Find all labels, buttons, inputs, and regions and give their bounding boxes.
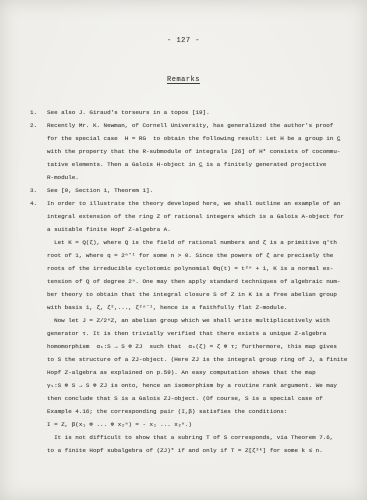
text-line: See [9, Section 1, Theorem 1]. bbox=[47, 184, 353, 197]
text-line: γₛ:S ⊗ S → S ⊗ ZJ is onto, hence an isom… bbox=[47, 379, 353, 392]
remark-item: 1. See also J. Giraud's torseurs in a to… bbox=[30, 106, 353, 119]
text-line: Example 4.16; the corresponding pair (I,… bbox=[47, 405, 353, 418]
item-text: In order to illustrate the theory develo… bbox=[47, 197, 353, 457]
text-line: In order to illustrate the theory develo… bbox=[47, 197, 353, 210]
remark-item: 4. In order to illustrate the theory dev… bbox=[30, 197, 353, 457]
text-line: Now let J = Z/2ⁿZ, an abelian group whic… bbox=[47, 314, 353, 327]
text-line: then conclude that S is a Galois ZJ-obje… bbox=[47, 392, 353, 405]
text-line: to a finite Hopf subalgebra of (ZJ)* if … bbox=[47, 444, 353, 457]
text-line: integral extension of the ring Z of rati… bbox=[47, 210, 353, 223]
remark-item: 2. Recently Mr. K. Newman, of Cornell Un… bbox=[30, 119, 353, 184]
item-number: 2. bbox=[30, 119, 47, 132]
text-line: tension of Q of degree 2ⁿ. One may then … bbox=[47, 275, 353, 288]
item-number: 3. bbox=[30, 184, 47, 197]
text-line: It is not difficult to show that a subri… bbox=[47, 431, 353, 444]
text-line: Recently Mr. K. Newman, of Cornell Unive… bbox=[47, 119, 353, 132]
item-number: 4. bbox=[30, 197, 47, 210]
text-line: a suitable finite Hopf Z-algebra A. bbox=[47, 223, 353, 236]
text-line: Hopf Z-algebra as explained on p.59). An… bbox=[47, 366, 353, 379]
item-text: Recently Mr. K. Newman, of Cornell Unive… bbox=[47, 119, 353, 184]
text-line: homomorphism αₛ:S → S ⊗ ZJ such that αₛ(… bbox=[47, 340, 353, 353]
text-line: with basis 1, ζ, ζ²,..., ζ²ⁿ⁻¹, hence is… bbox=[47, 301, 353, 314]
item-text: See [9, Section 1, Theorem 1]. bbox=[47, 184, 353, 197]
text-line: See also J. Giraud's torseurs in a topos… bbox=[47, 106, 353, 119]
text-line: R-module. bbox=[47, 171, 353, 184]
scanned-document-page: - 127 - Remarks 1. See also J. Giraud's … bbox=[0, 0, 367, 500]
remark-item: 3. See [9, Section 1, Theorem 1]. bbox=[30, 184, 353, 197]
text-line: Let K = Q(ζ), where Q is the field of ra… bbox=[47, 236, 353, 249]
item-number: 1. bbox=[30, 106, 47, 119]
text-line: root of 1, where q = 2ⁿ⁺¹ for some n > 0… bbox=[47, 249, 353, 262]
text-line: ber theory to obtain that the integral c… bbox=[47, 288, 353, 301]
text-line: for the special case H = RG to obtain th… bbox=[47, 132, 353, 145]
text-line: I = Z, β(x₁ ⊗ ... ⊗ x₂ⁿ) = - x₁ ... x₂ⁿ.… bbox=[47, 418, 353, 431]
text-line: to S the structure of a ZJ-object. (Here… bbox=[47, 353, 353, 366]
page-number: - 127 - bbox=[0, 0, 367, 45]
text-line: with the property that the R-submodule o… bbox=[47, 145, 353, 158]
section-heading: Remarks bbox=[0, 76, 367, 84]
remarks-list: 1. See also J. Giraud's torseurs in a to… bbox=[0, 106, 367, 457]
text-line: roots of the irreducible cyclotomic poly… bbox=[47, 262, 353, 275]
item-text: See also J. Giraud's torseurs in a topos… bbox=[47, 106, 353, 119]
text-line: tative elements. Then a Galois H-object … bbox=[47, 158, 353, 171]
text-line: generator τ. It is then trivially verifi… bbox=[47, 327, 353, 340]
